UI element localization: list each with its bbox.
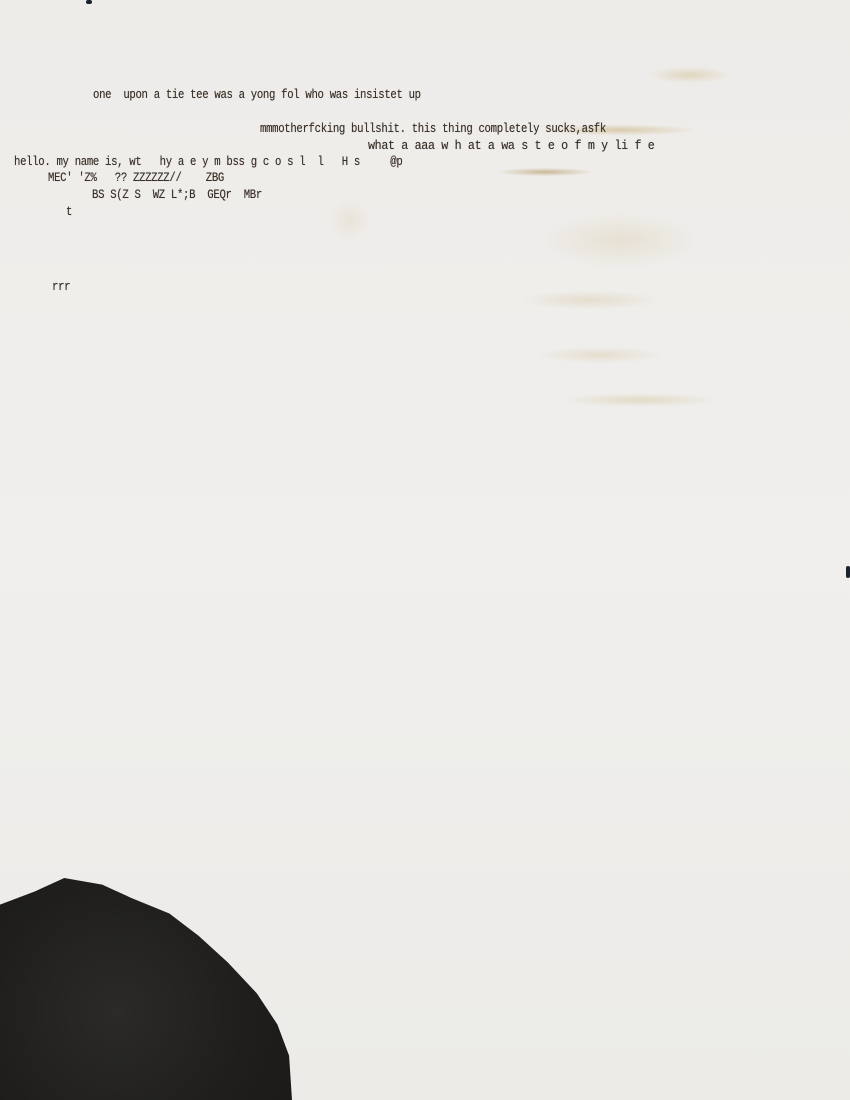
typed-line-8: rrr xyxy=(52,279,70,294)
typed-line-5: MEC' 'Z% ?? ZZZZZZ// ZBG xyxy=(48,170,224,185)
typed-line-7: t xyxy=(66,204,72,219)
typed-line-3: what a aaa w h at a wa s t e o f m y li … xyxy=(368,138,654,153)
typed-line-6: BS S(Z S WZ L*;B GEQr MBr xyxy=(92,187,262,202)
typed-line-4: hello. my name is, wt hy a e y m bss g c… xyxy=(14,154,402,169)
typed-line-2: mmmotherfcking bullshit. this thing comp… xyxy=(260,121,606,136)
typed-line-1: one upon a tie tee was a yong fol who wa… xyxy=(93,87,421,102)
right-edge-mark xyxy=(846,566,850,578)
top-edge-mark xyxy=(86,0,92,4)
